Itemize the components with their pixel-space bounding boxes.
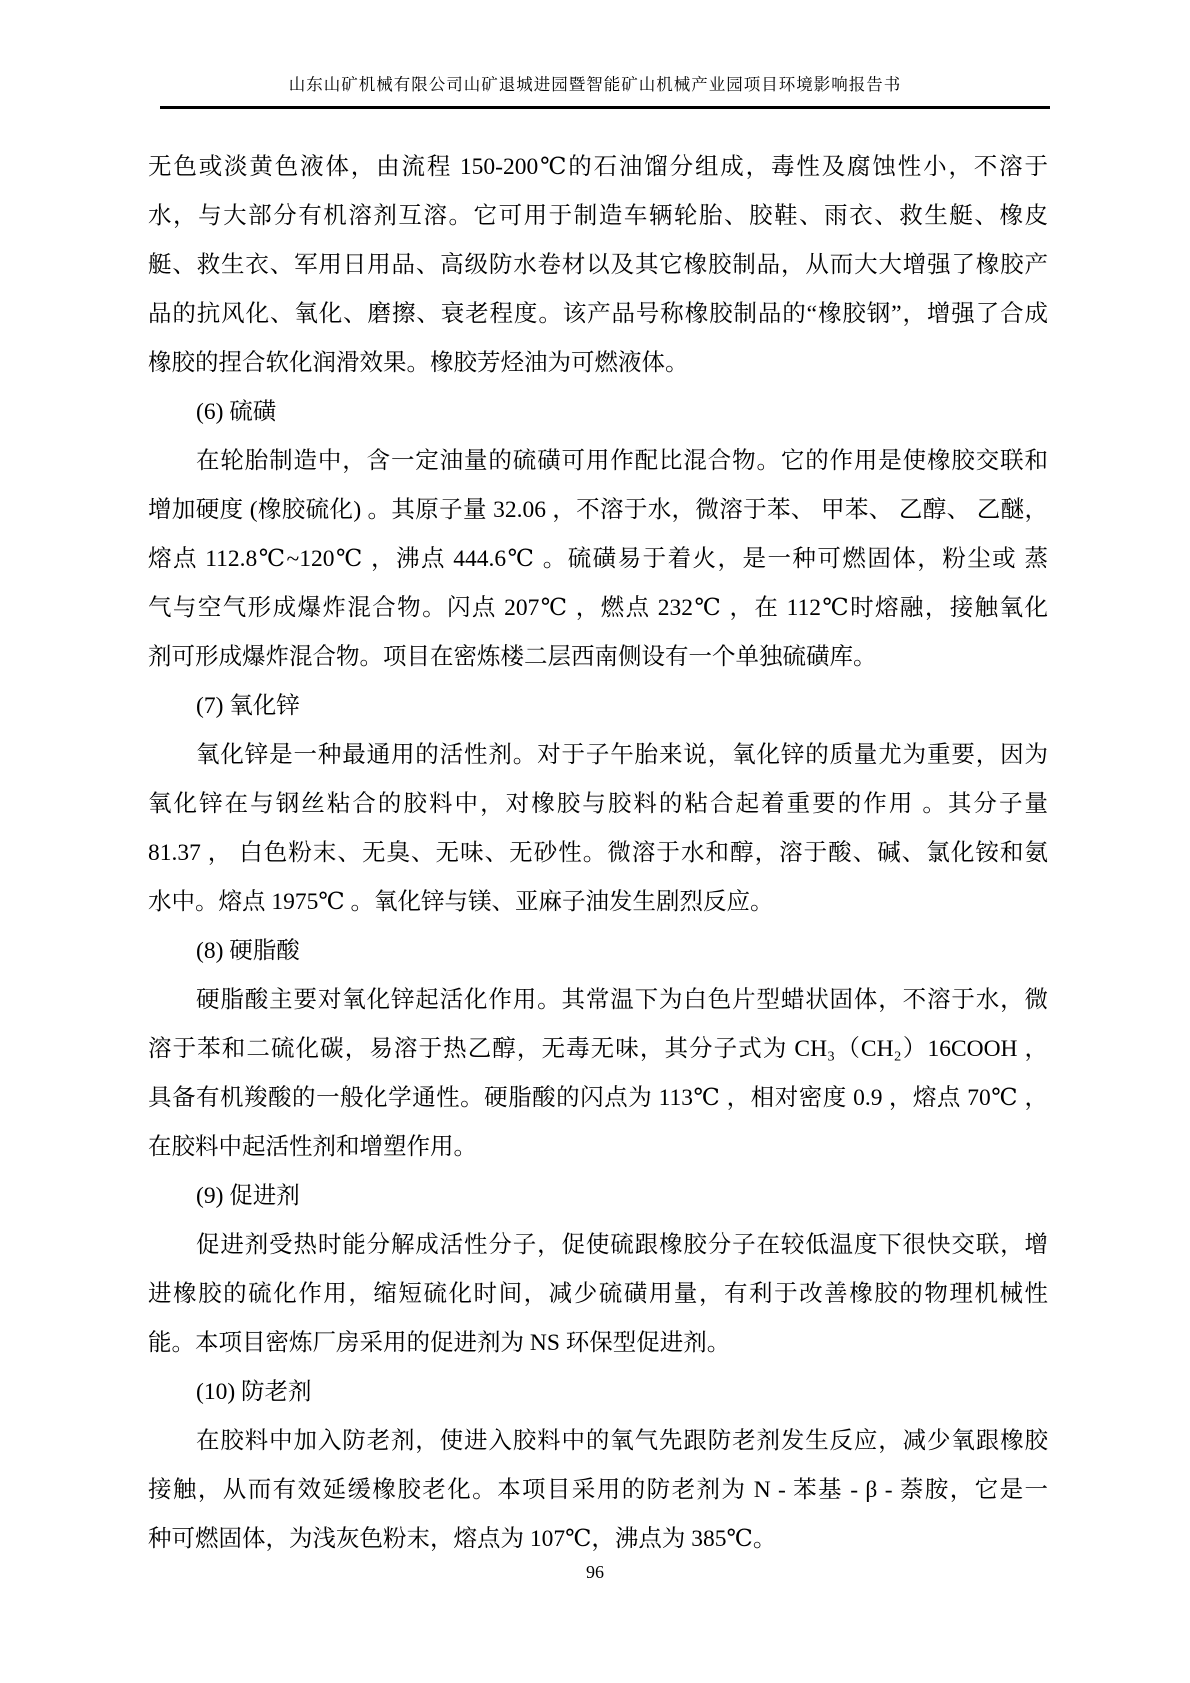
text-line: 进橡胶的硫化作用，缩短硫化时间，减少硫磺用量，有利于改善橡胶的物理机械性 [148,1270,1048,1319]
text-line: 81.37 ， 白色粉末、无臭、无味、无砂性。微溶于水和醇，溶于酸、碱、氯化铵和… [148,829,1048,878]
text-line: 氧化锌在与钢丝粘合的胶料中，对橡胶与胶料的粘合起着重要的作用 。其分子量 [148,780,1048,829]
section-heading: (9) 促进剂 [148,1172,1048,1221]
text-line: 促进剂受热时能分解成活性分子，促使硫跟橡胶分子在较低温度下很快交联，增 [148,1221,1048,1270]
text-line: 在胶料中起活性剂和增塑作用。 [148,1123,1048,1172]
section-heading: (7) 氧化锌 [148,682,1048,731]
text-line: 无色或淡黄色液体，由流程 150-200℃的石油馏分组成，毒性及腐蚀性小，不溶于 [148,143,1048,192]
text-line: 溶于苯和二硫化碳，易溶于热乙醇，无毒无味，其分子式为 CH₃（CH₂）16COO… [148,1025,1048,1074]
section-heading: (10) 防老剂 [148,1368,1048,1417]
text-line: 氧化锌是一种最通用的活性剂。对于子午胎来说，氧化锌的质量尤为重要，因为 [148,731,1048,780]
text-line: 气与空气形成爆炸混合物。闪点 207℃ ，燃点 232℃ ，在 112℃时熔融，… [148,584,1048,633]
text-line: 增加硬度 (橡胶硫化) 。其原子量 32.06 ，不溶于水，微溶于苯、 甲苯、 … [148,486,1048,535]
document-page: 山东山矿机械有限公司山矿退城进园暨智能矿山机械产业园项目环境影响报告书 无色或淡… [0,0,1190,1683]
text-line: 种可燃固体，为浅灰色粉末，熔点为 107℃，沸点为 385℃。 [148,1515,1048,1564]
section-heading: (8) 硬脂酸 [148,927,1048,976]
header-title: 山东山矿机械有限公司山矿退城进园暨智能矿山机械产业园项目环境影响报告书 [0,71,1190,95]
text-line: 橡胶的捏合软化润滑效果。橡胶芳烃油为可燃液体。 [148,339,1048,388]
page-number: 96 [0,1562,1190,1583]
text-line: 艇、救生衣、军用日用品、高级防水卷材以及其它橡胶制品，从而大大增强了橡胶产 [148,241,1048,290]
text-line: 水，与大部分有机溶剂互溶。它可用于制造车辆轮胎、胶鞋、雨衣、救生艇、橡皮 [148,192,1048,241]
text-line: 接触，从而有效延缓橡胶老化。本项目采用的防老剂为 N - 苯基 - β - 萘胺… [148,1466,1048,1515]
text-line: 硬脂酸主要对氧化锌起活化作用。其常温下为白色片型蜡状固体，不溶于水，微 [148,976,1048,1025]
text-line: 剂可形成爆炸混合物。项目在密炼楼二层西南侧设有一个单独硫磺库。 [148,633,1048,682]
text-line: 水中。熔点 1975℃ 。氧化锌与镁、亚麻子油发生剧烈反应。 [148,878,1048,927]
text-line: 在胶料中加入防老剂，使进入胶料中的氧气先跟防老剂发生反应，减少氧跟橡胶 [148,1417,1048,1466]
text-line: 具备有机羧酸的一般化学通性。硬脂酸的闪点为 113℃ ，相对密度 0.9 ，熔点… [148,1074,1048,1123]
header-rule [160,106,1050,109]
section-heading: (6) 硫磺 [148,388,1048,437]
text-line: 在轮胎制造中，含一定油量的硫磺可用作配比混合物。它的作用是使橡胶交联和 [148,437,1048,486]
text-line: 能。本项目密炼厂房采用的促进剂为 NS 环保型促进剂。 [148,1319,1048,1368]
text-line: 品的抗风化、氧化、磨擦、衰老程度。该产品号称橡胶制品的“橡胶钢”，增强了合成 [148,290,1048,339]
text-line: 熔点 112.8℃~120℃ ，沸点 444.6℃ 。硫磺易于着火，是一种可燃固… [148,535,1048,584]
document-body: 无色或淡黄色液体，由流程 150-200℃的石油馏分组成，毒性及腐蚀性小，不溶于… [148,143,1048,1564]
